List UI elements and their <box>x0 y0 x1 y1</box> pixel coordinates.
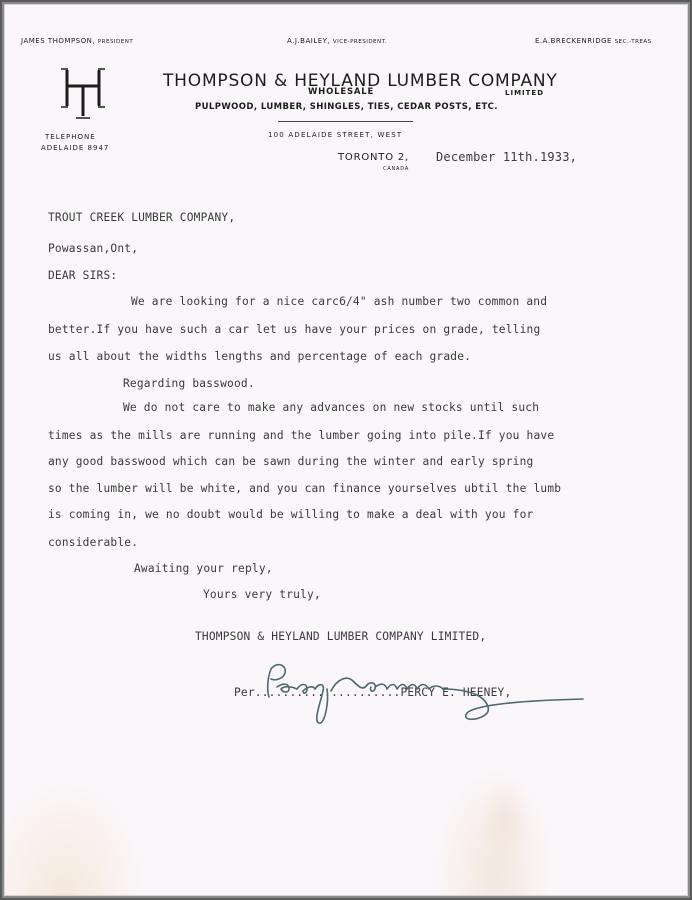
body-line: We are looking for a nice carc6/4" ash n… <box>131 295 547 308</box>
body-line: any good basswood which can be sawn duri… <box>48 455 533 468</box>
telephone-label: TELEPHONE <box>45 133 96 141</box>
limited-label: LIMITED <box>505 89 544 97</box>
body-line: is coming in, we no doubt would be willi… <box>48 508 533 521</box>
body-line: better.If you have such a car let us hav… <box>48 323 540 336</box>
body-line: so the lumber will be white, and you can… <box>48 482 561 495</box>
officer-president: JAMES THOMPSON, PRESIDENT <box>21 37 133 45</box>
body-line: We do not care to make any advances on n… <box>123 401 539 414</box>
signature-company: THOMPSON & HEYLAND LUMBER COMPANY LIMITE… <box>195 630 486 643</box>
body-line: us all about the widths lengths and perc… <box>48 350 471 363</box>
telephone-number: ADELAIDE 8947 <box>41 144 109 152</box>
country: CANADA <box>383 166 409 172</box>
letter-page: JAMES THOMPSON, PRESIDENT A.J.BAILEY, VI… <box>4 4 688 896</box>
body-line: considerable. <box>48 536 138 549</box>
city: TORONTO 2, <box>338 152 409 163</box>
products-line: PULPWOOD, LUMBER, SHINGLES, TIES, CEDAR … <box>195 102 498 112</box>
closing-awaiting: Awaiting your reply, <box>134 562 273 575</box>
letter-date: December 11th.1933, <box>436 150 577 164</box>
recipient-name: TROUT CREEK LUMBER COMPANY, <box>48 211 235 224</box>
officer-secretary-treasurer: E.A.BRECKENRIDGE SEC.-TREAS <box>535 37 652 45</box>
closing-yours: Yours very truly, <box>203 588 321 601</box>
street-address: 100 ADELAIDE STREET, WEST <box>268 131 402 139</box>
wholesale-label: WHOLESALE <box>308 87 374 97</box>
recipient-location: Powassan,Ont, <box>48 242 138 255</box>
body-line: Regarding basswood. <box>123 377 255 390</box>
officer-vice-president: A.J.BAILEY, VICE-PRESIDENT. <box>287 37 387 45</box>
letterhead-divider <box>278 121 413 122</box>
body-line: times as the mills are running and the l… <box>48 429 554 442</box>
ht-monogram-icon <box>61 68 105 120</box>
handwritten-signature-icon <box>263 661 593 736</box>
salutation: DEAR SIRS: <box>48 269 117 282</box>
